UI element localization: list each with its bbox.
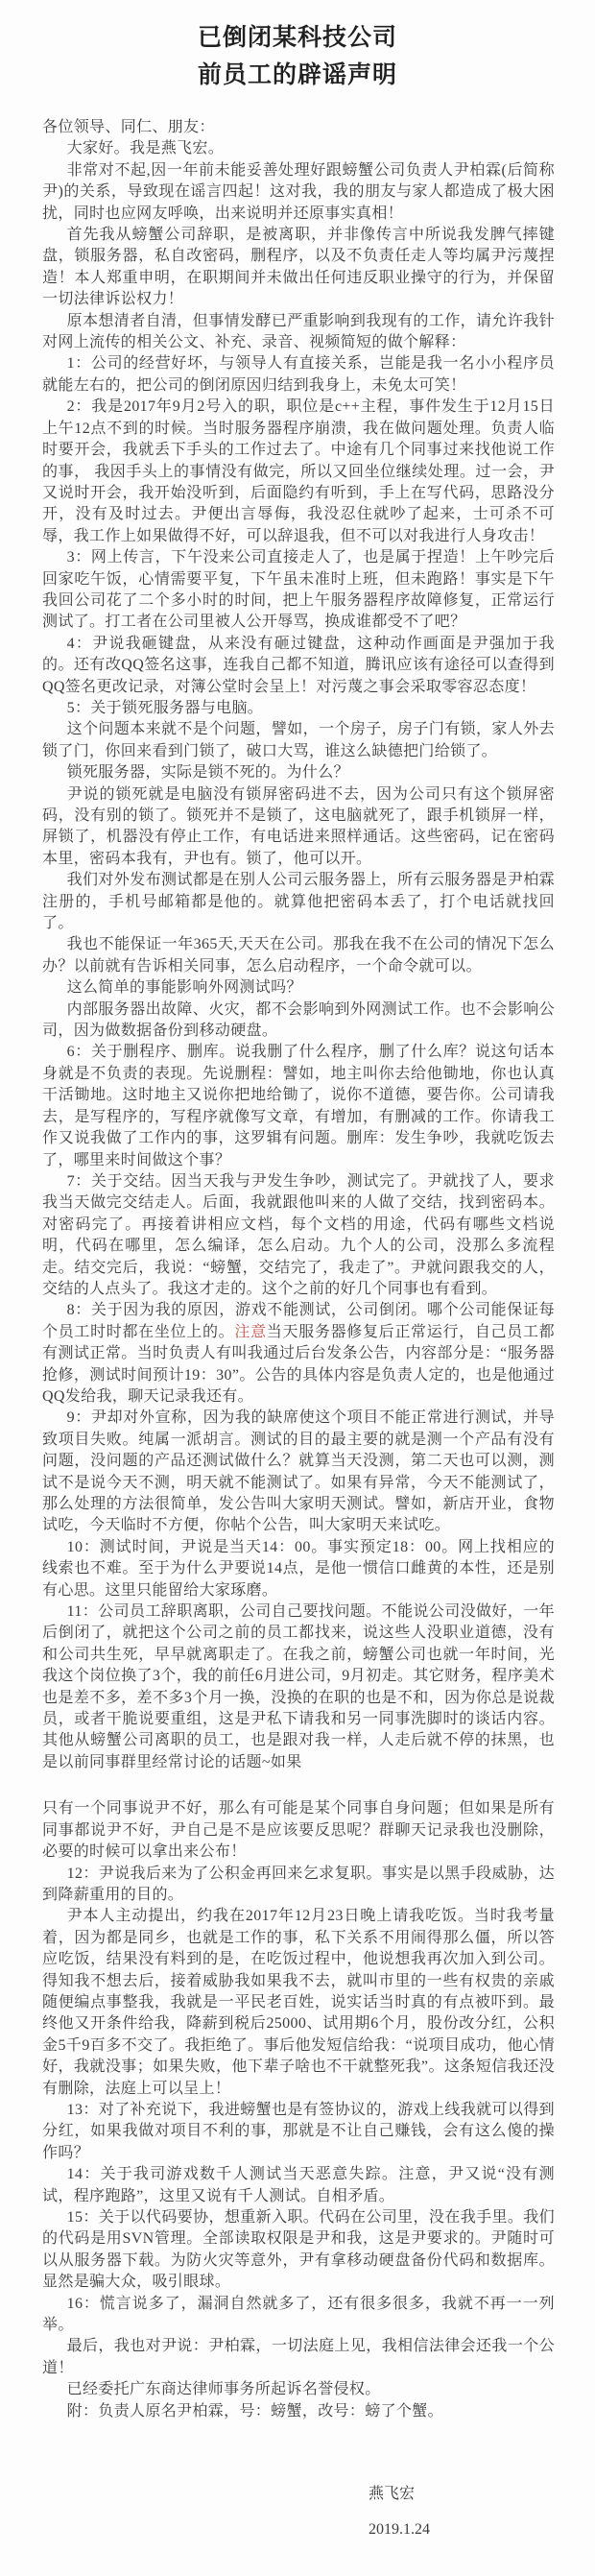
paragraph: 这个问题本来就不是个问题，譬如，一个房子，房子门有锁，家人外去锁了门，你回来看到… xyxy=(42,719,555,762)
paragraph-text: 11：公司员工辞职离职，公司自己要找问题。不能说公司没做好，一年后倒闭了，就把这… xyxy=(42,1603,555,1770)
signature-date: 2019.1.24 xyxy=(369,2512,595,2547)
paragraph-text: 1：公司的经营好坏，与领导人有直接关系，岂能是我一名小小程序员就能左右的，把公司… xyxy=(42,355,555,393)
paragraph-text: 这个问题本来就不是个问题，譬如，一个房子，房子门有锁，家人外去锁了门，你回来看到… xyxy=(42,721,555,758)
document-title: 已倒闭某科技公司 前员工的辟谣声明 xyxy=(0,19,595,94)
paragraph: 已经委托广东商达律师事务所起诉名誉侵权。 xyxy=(42,2379,555,2400)
paragraph: 16：慌言说多了，漏洞自然就多了，还有很多很多，我就不再一一列举。 xyxy=(42,2294,555,2337)
title-line-1: 已倒闭某科技公司 xyxy=(198,24,397,51)
paragraph-text: 锁死服务器，实际是锁不死的。为什么？ xyxy=(67,764,349,781)
paragraph-text: 7：关于交结。因当天我与尹发生争吵，测试完了。尹就找了人，要求我当天做完交结走人… xyxy=(42,1173,555,1297)
paragraph-text: 3：网上传言，下午没来公司直接走人了，也是属于捏造！上午吵完后回家吃午饭，心情需… xyxy=(42,549,555,630)
paragraph: 11：公司员工辞职离职，公司自己要找问题。不能说公司没做好，一年后倒闭了，就把这… xyxy=(42,1601,555,1773)
paragraph-text: 4：尹说我砸键盘，从来没有砸过键盘，这种动作画面是尹强加于我的。还有改QQ签名这… xyxy=(42,636,555,695)
paragraph-text: 我们对外发布测试都是在别人公司云服务器上，所有云服务器是尹柏霖注册的，手机号邮箱… xyxy=(42,872,555,931)
paragraph: 只有一个同事说尹不好，那么有可能是某个同事自身问题；但如果是所有同事都说尹不好，… xyxy=(42,1798,555,1863)
paragraph-text: 最后，我也对尹说：尹柏霖，一切法庭上见，我相信法律会还我一个公道！ xyxy=(42,2338,555,2375)
paragraph-text: 15：关于以代码要协，想重新入职。代码在公司里，没在我手里。我们的代码是用SVN… xyxy=(42,2209,555,2290)
paragraph-text: 只有一个同事说尹不好，那么有可能是某个同事自身问题；但如果是所有同事都说尹不好，… xyxy=(42,1800,555,1860)
paragraph: 各位领导、同仁、朋友： xyxy=(42,117,555,138)
paragraph: 非常对不起,因一年前未能妥善处理好跟螃蟹公司负责人尹柏霖(后简称尹)的关系，导致… xyxy=(42,160,555,225)
paragraph-text: 原本想清者自清，但事情发酵已严重影响到我现有的工作，请允许我针对网上流传的相关公… xyxy=(42,313,555,350)
paragraph: 7：关于交结。因当天我与尹发生争吵，测试完了。尹就找了人，要求我当天做完交结走人… xyxy=(42,1171,555,1300)
paragraph-text: 2：我是2017年9月2号入的职，职位是c++主程，事件发生于12月15日上午1… xyxy=(42,398,555,543)
document-page: 已倒闭某科技公司 前员工的辟谣声明 各位领导、同仁、朋友：大家好。我是燕飞宏。非… xyxy=(0,0,595,2576)
paragraph-text: 各位领导、同仁、朋友： xyxy=(42,119,215,135)
title-line-2: 前员工的辟谣声明 xyxy=(198,61,397,88)
paragraph: 这么简单的事能影响外网测试吗？ xyxy=(42,977,555,999)
paragraph-text: 13：对了补充说下，我进螃蟹也是有签协议的，游戏上线我就可以得到分红，如果我做对… xyxy=(42,2102,555,2161)
paragraph: 原本想清者自清，但事情发酵已严重影响到我现有的工作，请允许我针对网上流传的相关公… xyxy=(42,311,555,354)
paragraph-text: 这么简单的事能影响外网测试吗？ xyxy=(67,979,302,996)
paragraph: 最后，我也对尹说：尹柏霖，一切法庭上见，我相信法律会还我一个公道！ xyxy=(42,2336,555,2379)
paragraph-text: 非常对不起,因一年前未能妥善处理好跟螃蟹公司负责人尹柏霖(后简称尹)的关系，导致… xyxy=(42,162,555,222)
paragraph-text: 5：关于锁死服务器与电脑。 xyxy=(67,700,264,716)
paragraph-text: 12：尹说我后来为了公积金再回来乞求复职。事实是以黑手段威胁，达到降薪重用的目的… xyxy=(42,1866,555,1903)
paragraph-text: 9：尹却对外宣称，因为我的缺席使这个项目不能正常进行测试，并导致项目失败。纯属一… xyxy=(42,1409,555,1533)
paragraph-text: 6：关于删程序、删库。说我删了什么程序，删了什么库？说这句话本身就是不负责的表现… xyxy=(42,1044,555,1168)
paragraph: 我们对外发布测试都是在别人公司云服务器上，所有云服务器是尹柏霖注册的，手机号邮箱… xyxy=(42,870,555,934)
signature-block: 燕飞宏 2019.1.24 xyxy=(0,2476,595,2547)
paragraph: 大家好。我是燕飞宏。 xyxy=(42,138,555,159)
paragraph-text: 尹说的锁死就是电脑没有锁屏密码进不去，因为公司只有这个锁屏密码，没有别的锁了。锁… xyxy=(42,786,555,867)
paragraph: 10：测试时间，尹说是当天14：00。事实预定18：00。网上找相应的线索也不难… xyxy=(42,1537,555,1601)
paragraph-text: 16：慌言说多了，漏洞自然就多了，还有很多很多，我就不再一一列举。 xyxy=(42,2296,555,2333)
paragraph: 首先我从螃蟹公司辞职，是被离职，并非像传言中所说我发脾气摔键盘，锁服务器，私自改… xyxy=(42,225,555,311)
paragraph: 14：关于我司游戏数千人测试当天恶意失踪。注意，尹又说“没有测试，程序跑路”，这… xyxy=(42,2164,555,2207)
paragraph: 内部服务器出故障、火灾，都不会影响到外网测试工作。也不会影响公司，因为做数据备份… xyxy=(42,999,555,1043)
red-highlight: 注意 xyxy=(234,1324,266,1340)
paragraph-text: 大家好。我是燕飞宏。 xyxy=(67,140,225,156)
paragraph-text: 我也不能保证一年365天,天天在公司。那我在我不在公司的情况下怎么办？以前就有告… xyxy=(42,936,555,974)
paragraph: 附：负责人原名尹柏霖，号：螃蟹，改号：螃了个蟹。 xyxy=(42,2401,555,2422)
paragraph: 13：对了补充说下，我进螃蟹也是有签协议的，游戏上线我就可以得到分红，如果我做对… xyxy=(42,2100,555,2164)
paragraph-text: 附：负责人原名尹柏霖，号：螃蟹，改号：螃了个蟹。 xyxy=(67,2403,443,2420)
paragraph: 6：关于删程序、删库。说我删了什么程序，删了什么库？说这句话本身就是不负责的表现… xyxy=(42,1042,555,1170)
paragraph-text: 已经委托广东商达律师事务所起诉名誉侵权。 xyxy=(67,2381,381,2397)
paragraph-text: 首先我从螃蟹公司辞职，是被离职，并非像传言中所说我发脾气摔键盘，锁服务器，私自改… xyxy=(42,227,555,307)
paragraph: 15：关于以代码要协，想重新入职。代码在公司里，没在我手里。我们的代码是用SVN… xyxy=(42,2207,555,2294)
signature-name: 燕飞宏 xyxy=(369,2476,595,2512)
paragraph: 尹说的锁死就是电脑没有锁屏密码进不去，因为公司只有这个锁屏密码，没有别的锁了。锁… xyxy=(42,784,555,871)
paragraph: 12：尹说我后来为了公积金再回来乞求复职。事实是以黑手段威胁，达到降薪重用的目的… xyxy=(42,1864,555,1907)
paragraph: 8：关于因为我的原因，游戏不能测试，公司倒闭。哪个公司能保证每个员工时时都在坐位… xyxy=(42,1300,555,1408)
paragraph-text: 尹本人主动提出，约我在2017年12月23日晚上请我吃饭。当时我考量着，因为都是… xyxy=(42,1908,555,2096)
paragraph: 4：尹说我砸键盘，从来没有砸过键盘，这种动作画面是尹强加于我的。还有改QQ签名这… xyxy=(42,634,555,698)
paragraph: 我也不能保证一年365天,天天在公司。那我在我不在公司的情况下怎么办？以前就有告… xyxy=(42,934,555,977)
paragraph: 5：关于锁死服务器与电脑。 xyxy=(42,698,555,719)
paragraph-text: 14：关于我司游戏数千人测试当天恶意失踪。注意，尹又说“没有测试，程序跑路”，这… xyxy=(42,2166,555,2203)
paragraph: 尹本人主动提出，约我在2017年12月23日晚上请我吃饭。当时我考量着，因为都是… xyxy=(42,1906,555,2100)
paragraph-text: 内部服务器出故障、火灾，都不会影响到外网测试工作。也不会影响公司，因为做数据备份… xyxy=(42,1001,555,1039)
paragraph: 锁死服务器，实际是锁不死的。为什么？ xyxy=(42,762,555,783)
paragraph: 3：网上传言，下午没来公司直接走人了，也是属于捏造！上午吵完后回家吃午饭，心情需… xyxy=(42,547,555,634)
paragraph: 2：我是2017年9月2号入的职，职位是c++主程，事件发生于12月15日上午1… xyxy=(42,397,555,547)
paragraph: 9：尹却对外宣称，因为我的缺席使这个项目不能正常进行测试，并导致项目失败。纯属一… xyxy=(42,1408,555,1536)
document-body: 各位领导、同仁、朋友：大家好。我是燕飞宏。非常对不起,因一年前未能妥善处理好跟螃… xyxy=(0,117,595,2422)
paragraph: 1：公司的经营好坏，与领导人有直接关系，岂能是我一名小小程序员就能左右的，把公司… xyxy=(42,353,555,397)
paragraph-text: 10：测试时间，尹说是当天14：00。事实预定18：00。网上找相应的线索也不难… xyxy=(42,1539,555,1599)
